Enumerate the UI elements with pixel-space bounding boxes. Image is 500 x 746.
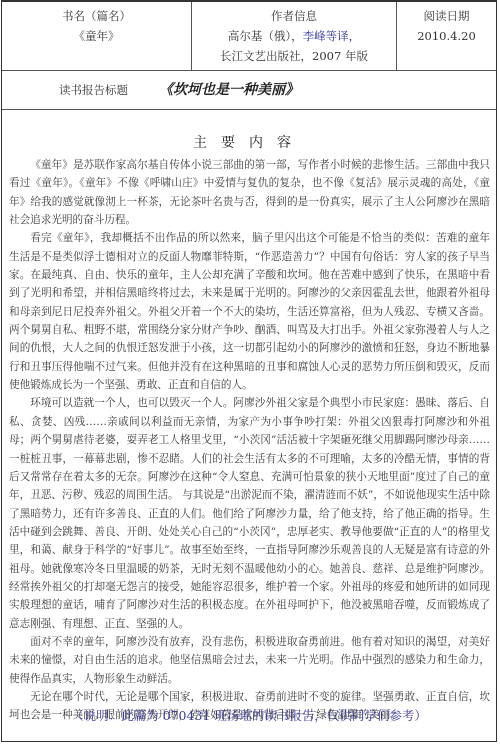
info-header-row: 书名（篇名） 《童年》 作者信息 高尔基（俄），李峰等译， 长江文艺出版社，20… — [2, 2, 496, 71]
footnote-remark: （说明：此篇为 070431 班汤瑶的读书报告，仅供同学们参考） — [2, 706, 496, 724]
book-title-label: 书名（篇名） — [2, 6, 191, 26]
report-body: 《童年》是苏联作家高尔基自传体小说三部曲的第一部，写作者小时候的悲惨生活。三部曲… — [9, 156, 490, 725]
paragraph: 《童年》是苏联作家高尔基自传体小说三部曲的第一部，写作者小时候的悲惨生活。三部曲… — [9, 156, 490, 229]
author-info-cell: 作者信息 高尔基（俄），李峰等译， 长江文艺出版社，2007 年版 — [192, 2, 397, 70]
reading-date-cell: 阅读日期 2010.4.20 — [397, 2, 496, 70]
report-title-row: 读书报告标题 《坎坷也是一种美丽》 — [2, 70, 496, 110]
author-name: 高尔基（俄）， — [228, 29, 303, 43]
report-title-label: 读书报告标题 — [59, 82, 128, 98]
section-heading: 主要内容 — [2, 132, 496, 152]
paragraph: 面对不幸的童年，阿廖沙没有放弃，没有悲伤，积极进取奋勇前进。他有着对知识的渴望，… — [9, 633, 490, 688]
paragraph: 看完《童年》，我却概括不出作品的所以然来，脑子里闪出这个可能是不恰当的类似：苦难… — [9, 229, 490, 394]
author-line-1: 高尔基（俄），李峰等译， — [192, 26, 396, 46]
report-title-value: 《坎坷也是一种美丽》 — [159, 79, 299, 99]
book-title-value: 《童年》 — [2, 26, 191, 46]
translator: 李峰等译， — [303, 29, 361, 43]
reading-date-value: 2010.4.20 — [397, 26, 496, 46]
publisher-line: 长江文艺出版社，2007 年版 — [192, 46, 396, 66]
paragraph: 环境可以造就一个人，也可以毁灭一个人。阿廖沙外祖父家是个典型小市民家庭：愚昧、落… — [9, 394, 490, 632]
author-info-label: 作者信息 — [192, 6, 396, 26]
reading-report-document: 书名（篇名） 《童年》 作者信息 高尔基（俄），李峰等译， 长江文艺出版社，20… — [1, 0, 497, 742]
book-title-cell: 书名（篇名） 《童年》 — [2, 2, 192, 70]
reading-date-label: 阅读日期 — [397, 6, 496, 26]
